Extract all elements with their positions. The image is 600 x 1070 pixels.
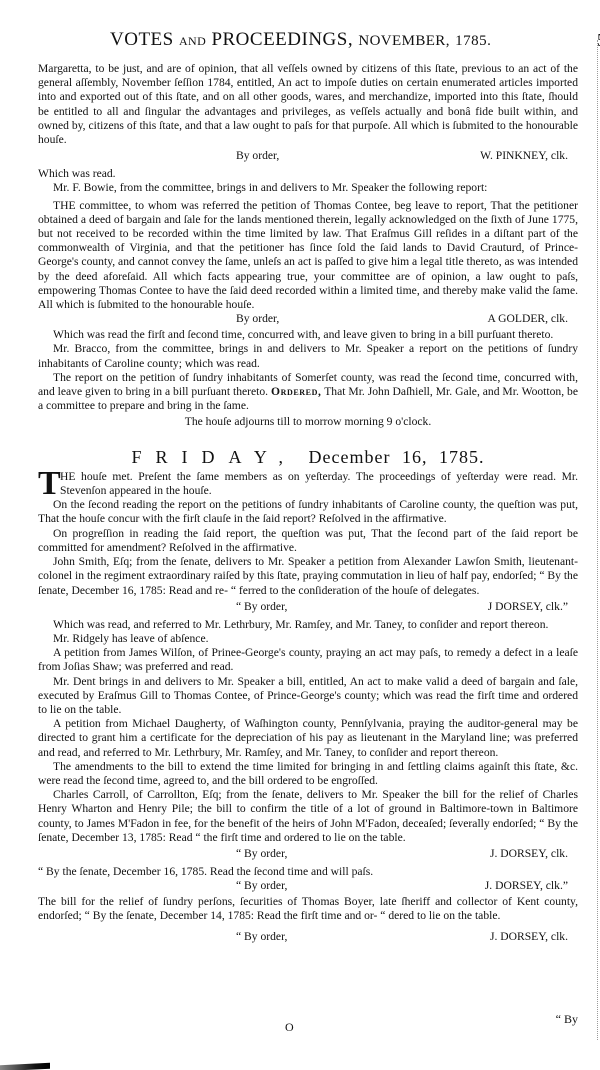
paragraph: HE houſe met. Preſent the ſame members a… <box>60 470 578 498</box>
clerk-name: J. DORSEY, clk.” <box>485 879 568 893</box>
running-header: VOTES AND PROCEEDINGS, NOVEMBER, 1785. 5… <box>110 33 600 53</box>
paragraph: The report on the petition of ſundry inh… <box>38 371 578 414</box>
by-order: By order, <box>236 312 279 326</box>
signature-line: “ By order, J. DORSEY, clk. <box>38 847 578 863</box>
by-order: By order, <box>236 149 279 163</box>
paragraph: On the ſecond reading the report on the … <box>38 498 578 526</box>
title-month: NOVEMBER, <box>358 33 450 49</box>
paragraph: Mr. F. Bowie, from the committee, brings… <box>38 181 578 195</box>
paragraph: Charles Carroll, of Carrollton, Eſq; fro… <box>38 788 578 845</box>
clerk-name: A GOLDER, clk. <box>487 312 568 326</box>
by-order: “ By order, <box>236 600 287 614</box>
opening-paragraph: T HE houſe met. Preſent the ſame members… <box>38 470 578 498</box>
by-order: “ By order, <box>236 847 287 861</box>
body-text: Margaretta, to be just, and are of opini… <box>38 62 578 948</box>
paragraph: “ By the ſenate, December 16, 1785. Read… <box>38 865 578 879</box>
running-title: VOTES AND PROCEEDINGS, NOVEMBER, 1785. <box>110 33 491 48</box>
paragraph: Mr. Ridgely has leave of abſence. <box>38 632 578 646</box>
paragraph: John Smith, Eſq; from the ſenate, delive… <box>38 555 578 598</box>
scan-artifact <box>0 1063 50 1070</box>
day-heading: FRIDAY, December 16, 1785. <box>38 450 578 464</box>
clerk-name: J. DORSEY, clk. <box>490 847 568 861</box>
paragraph: Mr. Bracco, from the committee, brings i… <box>38 342 578 370</box>
title-word-proceedings: PROCEEDINGS, <box>211 29 353 50</box>
paragraph: Margaretta, to be just, and are of opini… <box>38 62 578 147</box>
paragraph: Which was read, and referred to Mr. Leth… <box>38 618 578 632</box>
signature-line: By order, A GOLDER, clk. <box>38 312 578 328</box>
drop-cap: T <box>38 468 61 500</box>
paragraph: Mr. Dent brings in and delivers to Mr. S… <box>38 675 578 718</box>
paragraph: A petition from Michael Daugherty, of Wa… <box>38 717 578 760</box>
paragraph: A petition from James Wilſon, of Prinee-… <box>38 646 578 674</box>
paragraph: Which was read. <box>38 167 578 181</box>
by-order: “ By order, <box>236 879 287 893</box>
title-year: 1785. <box>455 33 491 49</box>
signature-line: By order, W. PINKNEY, clk. <box>38 149 578 165</box>
signature-line: “ By order, J. DORSEY, clk. <box>38 930 578 946</box>
paragraph: On progreſſion in reading the ſaid repor… <box>38 527 578 555</box>
paragraph: The amendments to the bill to extend the… <box>38 760 578 788</box>
clerk-name: J. DORSEY, clk. <box>490 930 568 944</box>
paragraph: The bill for the relief of ſundry perſon… <box>38 895 578 923</box>
adjournment-note: The houſe adjourns till to morrow mornin… <box>38 415 578 429</box>
day-name: FRIDAY, <box>132 447 298 467</box>
clerk-name: W. PINKNEY, clk. <box>480 149 568 163</box>
day-date: December 16, <box>309 447 428 467</box>
title-word-votes: VOTES <box>110 29 174 50</box>
catchword: “ By <box>556 1012 578 1027</box>
clerk-name: J DORSEY, clk.” <box>488 600 568 614</box>
signature-line: “ By order, J. DORSEY, clk.” <box>38 879 578 895</box>
paragraph: Which was read the firſt and ſecond time… <box>38 328 578 342</box>
title-word-and: AND <box>179 34 206 48</box>
committee-report: THE committee, to whom was referred the … <box>38 199 578 313</box>
signature-mark: O <box>285 1020 294 1035</box>
day-year: 1785. <box>439 447 485 467</box>
by-order: “ By order, <box>236 930 287 944</box>
signature-line: “ By order, J DORSEY, clk.” <box>38 600 578 616</box>
ordered-keyword: Ordered, <box>271 385 322 398</box>
